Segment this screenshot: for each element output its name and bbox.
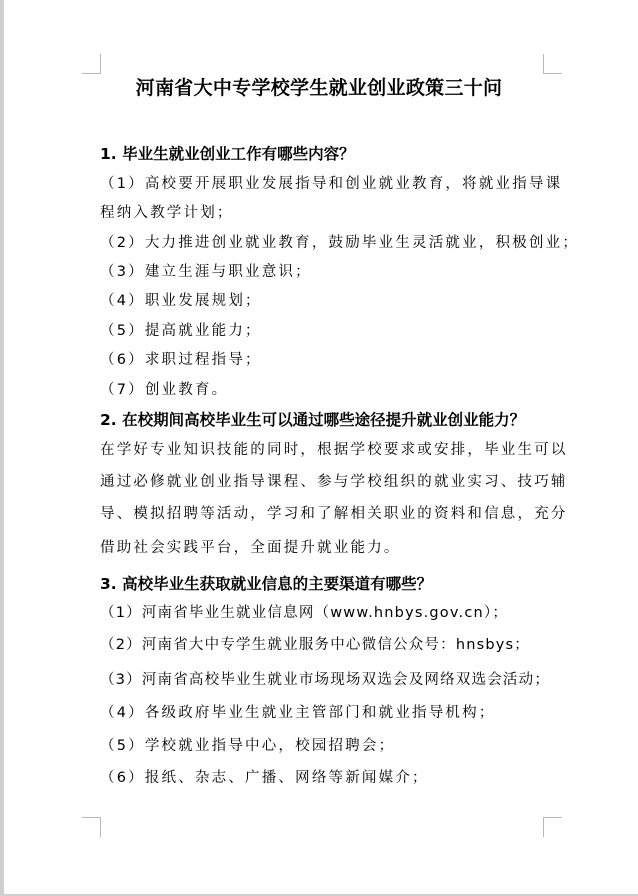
section-2-line: 通过必修就业创业指导课程、参与学校组织的就业实习、技巧辅 — [100, 475, 568, 490]
section-1-line: （4）职业发展规划； — [100, 294, 262, 309]
section-1-line: （1）高校要开展职业发展指导和创业就业教育，将就业指导课 — [100, 177, 562, 192]
section-1-line: （7）创业教育。 — [100, 383, 228, 398]
section-1-line: （6）求职过程指导； — [100, 353, 262, 368]
section-3-heading: 3. 高校毕业生获取就业信息的主要渠道有哪些？ — [100, 577, 432, 593]
margin-corner-mark-top-left — [82, 54, 101, 74]
section-3-line: （5）学校就业指导中心，校园招聘会； — [100, 739, 395, 754]
section-2-line: 在学好专业知识技能的同时，根据学校要求或安排，毕业生可以 — [100, 443, 568, 458]
margin-corner-mark-bottom-left — [82, 817, 101, 837]
section-1-line: （2）大力推进创业就业教育，鼓励毕业生灵活就业，积极创业； — [100, 236, 579, 251]
section-2-heading: 2. 在校期间高校毕业生可以通过哪些途径提升就业创业能力？ — [100, 413, 525, 429]
document-title: 河南省大中专学校学生就业创业政策三十问 — [0, 79, 638, 98]
section-1-line: 程纳入教学计划； — [100, 206, 234, 221]
section-1-line: （3）建立生涯与职业意识； — [100, 265, 312, 280]
section-3-line: （2）河南省大中专学生就业服务中心微信公众号：hnsbys； — [100, 638, 530, 653]
margin-corner-mark-top-right — [543, 54, 562, 74]
section-3-line: （1）河南省毕业生就业信息网（www.hnbys.gov.cn）； — [100, 606, 508, 621]
section-2-line: 导、模拟招聘等活动，学习和了解相关职业的资料和信息，充分 — [100, 507, 568, 522]
section-3-line: （4）各级政府毕业生就业主管部门和就业指导机构； — [100, 706, 496, 721]
section-2-line: 借助社会实践平台，全面提升就业能力。 — [100, 541, 401, 556]
section-3-line: （3）河南省高校毕业生就业市场现场双选会及网络双选会活动； — [100, 673, 550, 688]
section-1-line: （5）提高就业能力； — [100, 324, 262, 339]
margin-corner-mark-bottom-right — [543, 817, 562, 837]
section-1-heading: 1. 毕业生就业创业工作有哪些内容？ — [100, 147, 355, 163]
section-3-line: （6）报纸、杂志、广播、网络等新闻媒介； — [100, 771, 429, 786]
